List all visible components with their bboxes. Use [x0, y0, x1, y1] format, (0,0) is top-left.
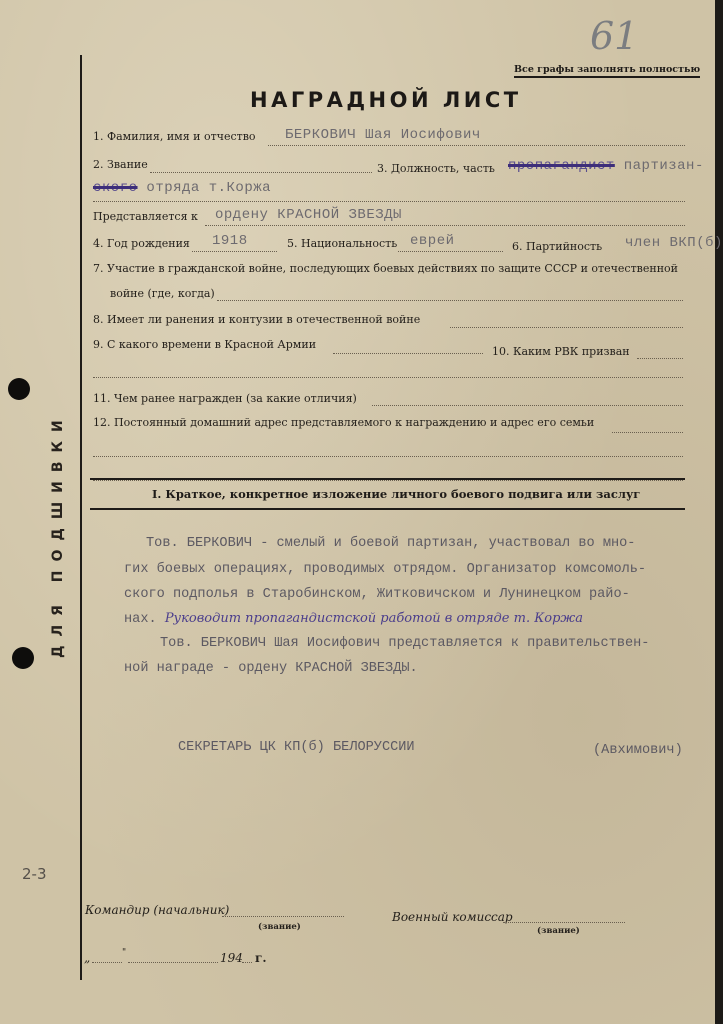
date-close-quote: "	[122, 948, 126, 958]
field-3-line-2	[93, 201, 685, 202]
field-9-label: 9. С какого времени в Красной Армии	[93, 338, 316, 351]
field-12-line-3	[93, 480, 683, 481]
field-8-line[interactable]	[450, 327, 683, 328]
field-10-line-2	[93, 377, 683, 378]
field-12-line-2	[93, 456, 683, 457]
field-2-line[interactable]	[150, 172, 372, 173]
field-3-struck-text: пропагандист	[508, 158, 615, 174]
field-7-label-1: 7. Участие в гражданской войне, последую…	[93, 262, 678, 275]
field-5-line	[398, 251, 503, 252]
date-year-line[interactable]	[242, 962, 252, 963]
field-6-value[interactable]: член ВКП(б)	[625, 235, 723, 251]
field-7-label-2: войне (где, когда)	[110, 287, 215, 300]
date-month-line[interactable]	[128, 962, 218, 963]
commander-rank-caption: (звание)	[258, 922, 301, 932]
commander-label: Командир (начальник)	[85, 903, 229, 917]
field-5-label: 5. Национальность	[287, 237, 397, 250]
binding-margin-line	[80, 55, 82, 980]
field-1-label: 1. Фамилия, имя и отчество	[93, 130, 256, 143]
field-4-value[interactable]: 1918	[212, 233, 248, 249]
field-7-line[interactable]	[217, 300, 683, 301]
field-3-value-cont[interactable]: ского отряда т.Коржа	[93, 180, 271, 196]
nominated-line	[205, 225, 685, 226]
commissar-label: Военный комиссар	[392, 910, 513, 924]
field-5-value[interactable]: еврей	[410, 233, 455, 249]
page-edge	[715, 0, 723, 1024]
date-day-line[interactable]	[92, 962, 122, 963]
citation-line-5: Тов. БЕРКОВИЧ Шая Иосифович представляет…	[160, 636, 649, 651]
nominated-value[interactable]: ордену КРАСНОЙ ЗВЕЗДЫ	[215, 207, 402, 223]
date-year: 194	[220, 951, 243, 965]
citation-line-2: гих боевых операциях, проводимых отрядом…	[124, 562, 646, 577]
field-3-value[interactable]: пропагандист партизан-	[508, 158, 704, 174]
field-10-label: 10. Каким РВК призван	[492, 345, 630, 358]
field-11-line[interactable]	[372, 405, 683, 406]
citation-line-4: нах. Руководит пропагандистской работой …	[124, 611, 583, 627]
date-suffix: г.	[255, 951, 267, 965]
field-12-line[interactable]	[612, 432, 683, 433]
handwritten-note: Руководит пропагандистской работой в отр…	[165, 611, 583, 626]
citation-line-1: Тов. БЕРКОВИЧ - смелый и боевой партизан…	[146, 536, 635, 551]
section-heading: I. Краткое, конкретное изложение личного…	[152, 487, 640, 501]
field-1-line	[268, 145, 685, 146]
document-title: НАГРАДНОЙ ЛИСТ	[250, 88, 522, 112]
citation-line-6: ной награде - ордену КРАСНОЙ ЗВЕЗДЫ.	[124, 661, 418, 676]
signatory-name: (Авхимович)	[593, 743, 683, 758]
field-10-line[interactable]	[637, 358, 683, 359]
nominated-label: Представляется к	[93, 210, 198, 223]
fill-instruction: Все графы заполнять полностью	[514, 64, 700, 78]
punch-hole-bottom	[12, 647, 34, 669]
section-rule-bottom	[90, 508, 685, 510]
field-2-label: 2. Звание	[93, 158, 148, 171]
citation-line-4-typed: нах.	[124, 612, 157, 627]
punch-hole-top	[8, 378, 30, 400]
binding-label: ДЛЯ ПОДШИВКИ	[50, 385, 70, 685]
field-9-line[interactable]	[333, 353, 483, 354]
field-4-line	[192, 251, 277, 252]
field-11-label: 11. Чем ранее награжден (за какие отличи…	[93, 392, 357, 405]
section-rule-top	[90, 478, 685, 480]
page-number: 61	[590, 14, 638, 58]
field-3-label: 3. Должность, часть	[377, 162, 495, 175]
date-open-quote: „	[84, 951, 90, 965]
field-3-value-cont-text: отряда т.Коржа	[146, 180, 271, 196]
field-12-label: 12. Постоянный домашний адрес представля…	[93, 416, 594, 429]
field-6-label: 6. Партийность	[512, 240, 602, 253]
field-8-label: 8. Имеет ли ранения и контузии в отечест…	[93, 313, 420, 326]
signatory-position: СЕКРЕТАРЬ ЦК КП(б) БЕЛОРУССИИ	[178, 740, 415, 755]
citation-line-3: ского подполья в Старобинском, Житковичс…	[124, 587, 630, 602]
commissar-rank-caption: (звание)	[537, 926, 580, 936]
commander-line[interactable]	[222, 916, 344, 917]
field-3-value-text: партизан-	[624, 158, 704, 174]
field-1-value[interactable]: БЕРКОВИЧ Шая Иосифович	[285, 127, 481, 143]
form-code: 2-3	[22, 865, 47, 883]
field-3-struck-cont: ского	[93, 180, 138, 196]
commissar-line[interactable]	[503, 922, 625, 923]
field-4-label: 4. Год рождения	[93, 237, 190, 250]
